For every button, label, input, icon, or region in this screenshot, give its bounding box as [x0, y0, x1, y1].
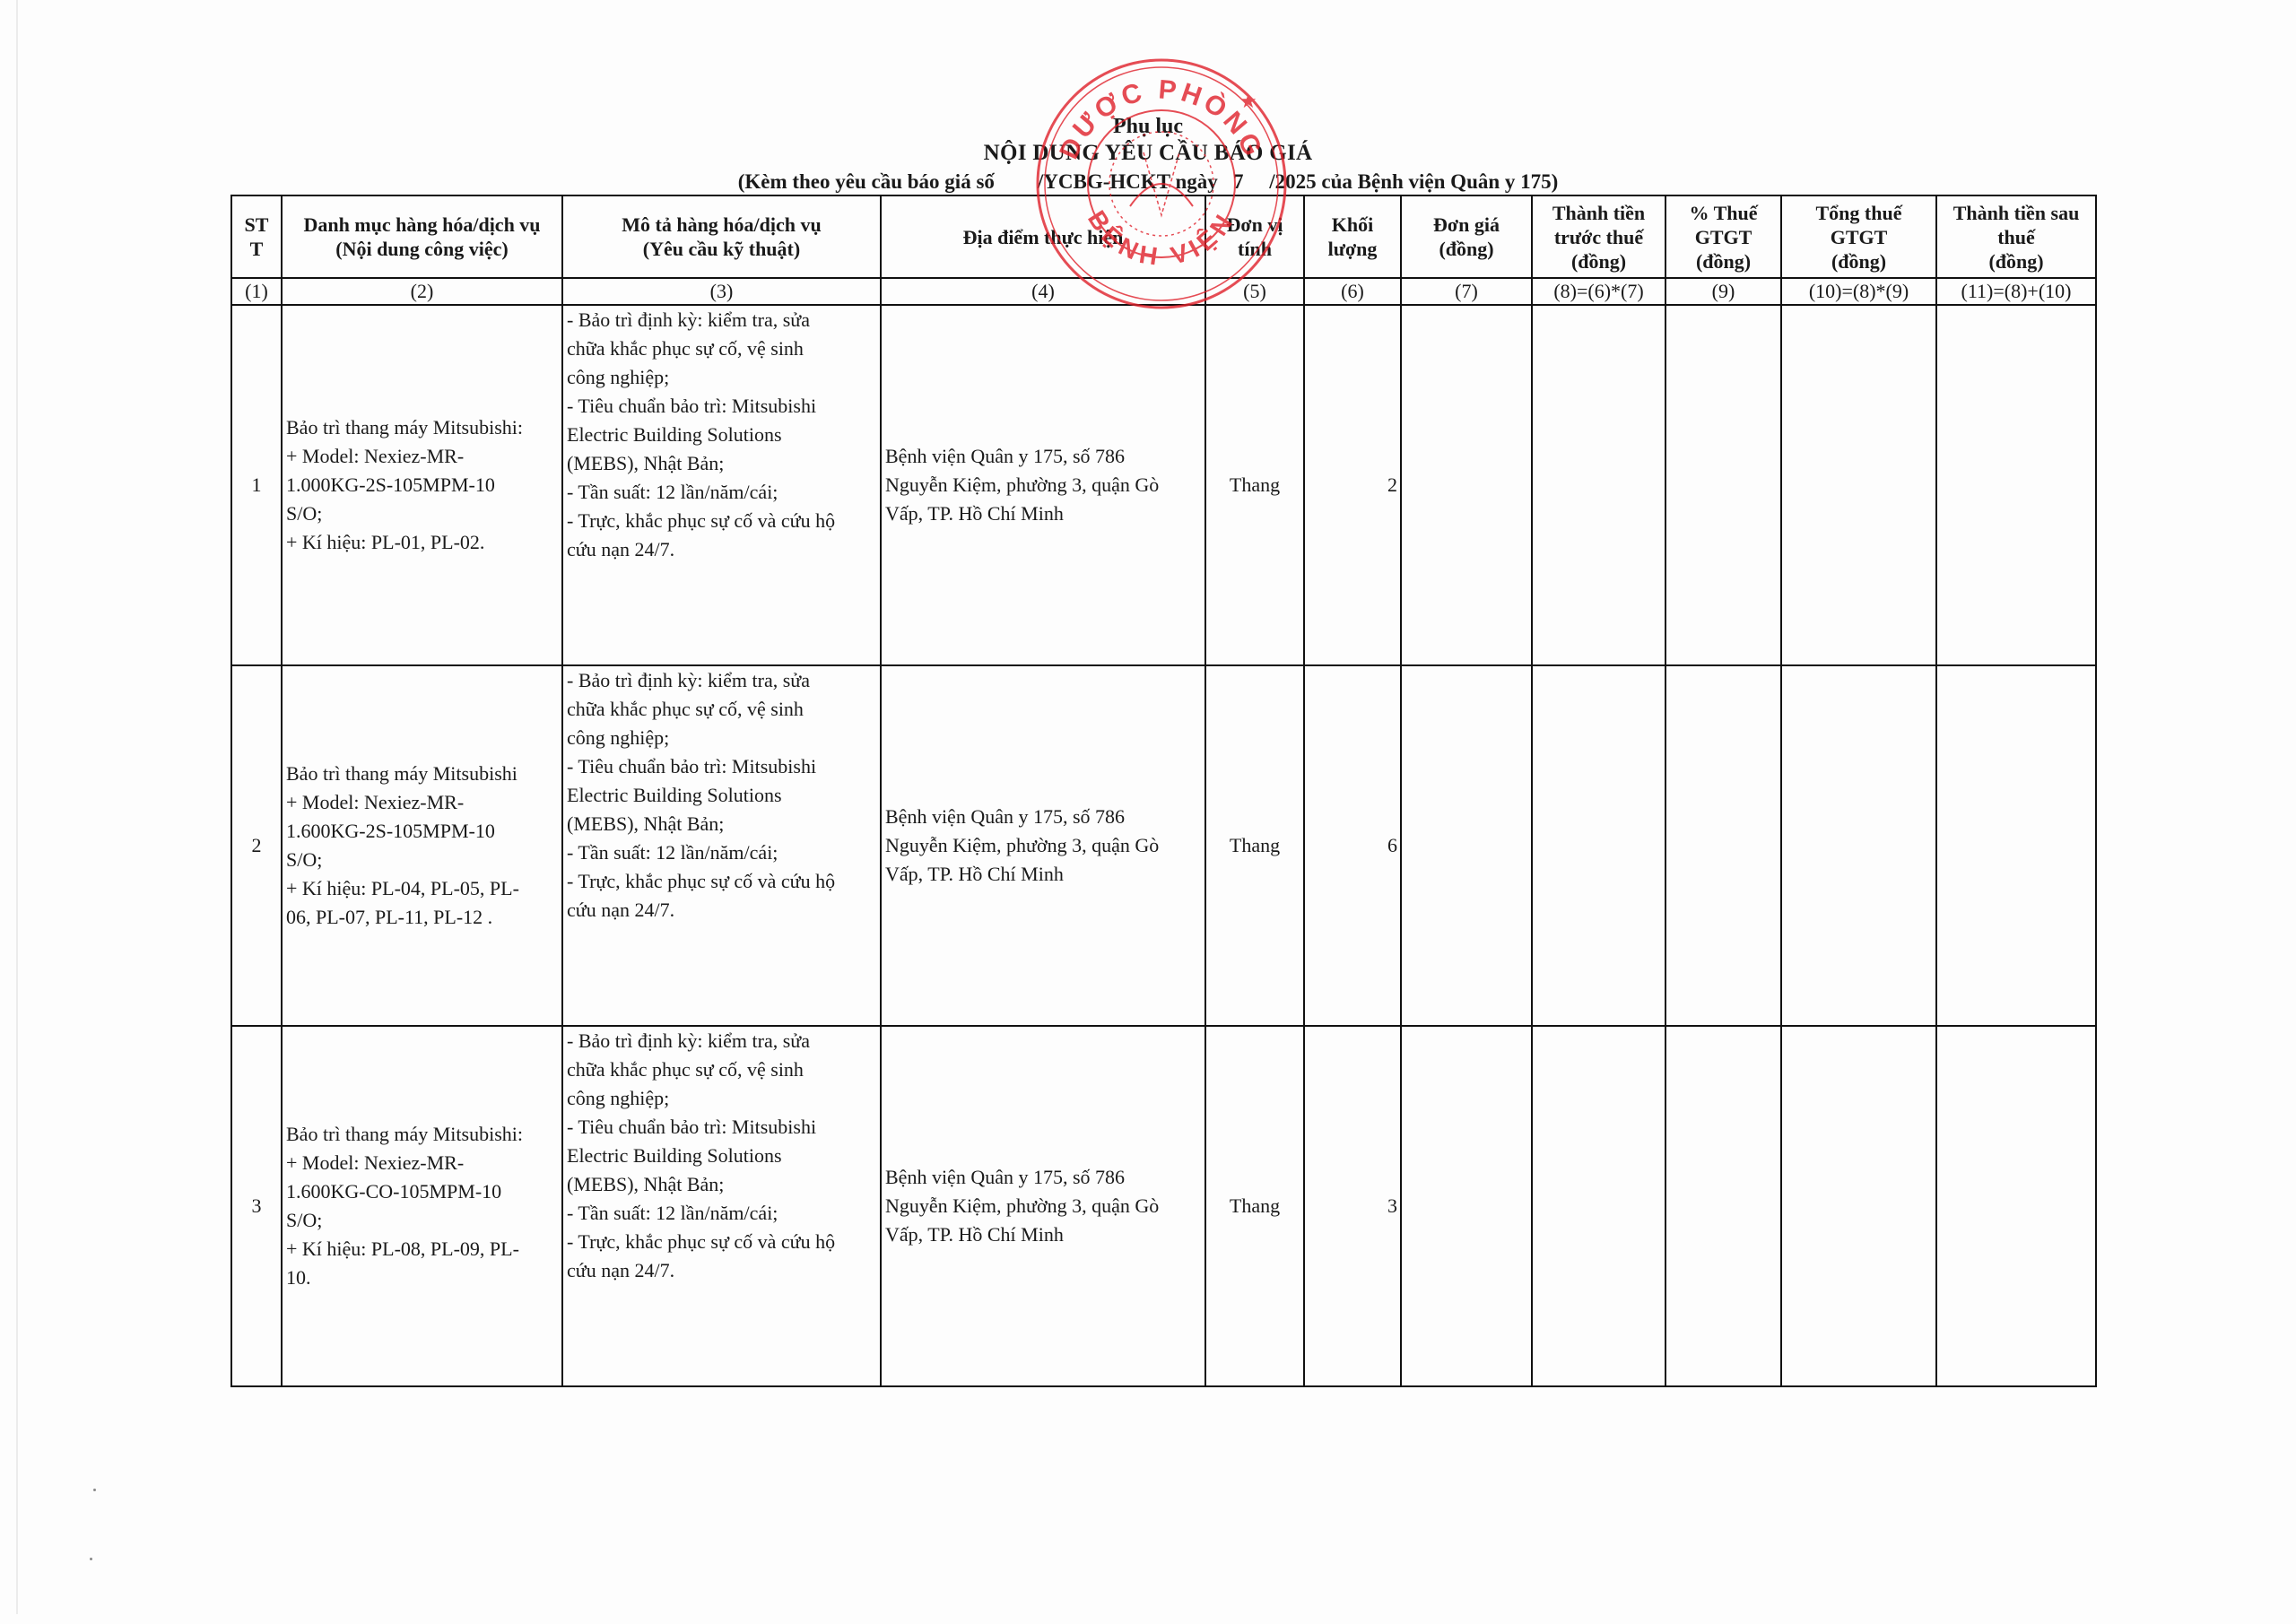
subtitle-ref: /YCBG-HCKT ngày: [1038, 170, 1218, 193]
item-amount-before-tax: [1532, 305, 1665, 665]
item-location: Bệnh viện Quân y 175, số 786 Nguyễn Kiệm…: [881, 665, 1205, 1026]
header-unit: Đơn vị tính: [1205, 195, 1304, 278]
row-stt: 3: [231, 1026, 282, 1386]
item-unit: Thang: [1205, 665, 1304, 1026]
row-stt: 2: [231, 665, 282, 1026]
scan-speck: [93, 1489, 96, 1491]
subtitle-day: 7: [1233, 170, 1244, 193]
column-number: (6): [1304, 278, 1401, 305]
header-vat-percent: % Thuế GTGT (đồng): [1665, 195, 1781, 278]
header-vat-total: Tổng thuế GTGT (đồng): [1781, 195, 1936, 278]
item-unit-price: [1401, 1026, 1532, 1386]
subtitle-prefix: (Kèm theo yêu cầu báo giá số: [738, 170, 995, 193]
table-header-row: ST TDanh mục hàng hóa/dịch vụ (Nội dung …: [231, 195, 2096, 278]
scan-speck: [90, 1558, 92, 1560]
item-vat-total: [1781, 1026, 1936, 1386]
column-number: (7): [1401, 278, 1532, 305]
item-quantity: 3: [1304, 1026, 1401, 1386]
item-location: Bệnh viện Quân y 175, số 786 Nguyễn Kiệm…: [881, 1026, 1205, 1386]
item-unit: Thang: [1205, 305, 1304, 665]
item-vat-percent: [1665, 305, 1781, 665]
item-quantity: 2: [1304, 305, 1401, 665]
item-unit-price: [1401, 665, 1532, 1026]
column-number: (11)=(8)+(10): [1936, 278, 2096, 305]
header-unit-price: Đơn giá (đồng): [1401, 195, 1532, 278]
item-unit: Thang: [1205, 1026, 1304, 1386]
table-row: 3Bảo trì thang máy Mitsubishi: + Model: …: [231, 1026, 2096, 1386]
subtitle-suffix: /2025 của Bệnh viện Quân y 175): [1269, 170, 1558, 193]
item-name: Bảo trì thang máy Mitsubishi + Model: Ne…: [282, 665, 562, 1026]
table-row: 1Bảo trì thang máy Mitsubishi: + Model: …: [231, 305, 2096, 665]
item-name: Bảo trì thang máy Mitsubishi: + Model: N…: [282, 1026, 562, 1386]
header-location: Địa điểm thực hiện: [881, 195, 1205, 278]
header-stt: ST T: [231, 195, 282, 278]
item-unit-price: [1401, 305, 1532, 665]
svg-text:★: ★: [1239, 91, 1257, 113]
column-number: (10)=(8)*(9): [1781, 278, 1936, 305]
document-title: NỘI DUNG YÊU CẦU BÁO GIÁ: [0, 141, 2296, 166]
column-number: (2): [282, 278, 562, 305]
table-body: 1Bảo trì thang máy Mitsubishi: + Model: …: [231, 305, 2096, 1386]
item-description: - Bảo trì định kỳ: kiểm tra, sửa chữa kh…: [562, 1026, 881, 1386]
item-amount-after-tax: [1936, 305, 2096, 665]
item-amount-after-tax: [1936, 665, 2096, 1026]
scan-edge: [16, 0, 18, 1614]
item-name: Bảo trì thang máy Mitsubishi: + Model: N…: [282, 305, 562, 665]
column-number: (8)=(6)*(7): [1532, 278, 1665, 305]
column-number: (9): [1665, 278, 1781, 305]
item-vat-percent: [1665, 1026, 1781, 1386]
item-amount-after-tax: [1936, 1026, 2096, 1386]
column-number: (3): [562, 278, 881, 305]
column-number: (4): [881, 278, 1205, 305]
item-vat-total: [1781, 665, 1936, 1026]
row-stt: 1: [231, 305, 282, 665]
item-location: Bệnh viện Quân y 175, số 786 Nguyễn Kiệm…: [881, 305, 1205, 665]
column-number: (1): [231, 278, 282, 305]
quotation-table: ST TDanh mục hàng hóa/dịch vụ (Nội dung …: [230, 195, 2097, 1387]
table-row: 2Bảo trì thang máy Mitsubishi + Model: N…: [231, 665, 2096, 1026]
item-quantity: 6: [1304, 665, 1401, 1026]
appendix-label: Phụ lục: [0, 115, 2296, 139]
header-amount-before-tax: Thành tiền trước thuế (đồng): [1532, 195, 1665, 278]
item-amount-before-tax: [1532, 1026, 1665, 1386]
header-description: Mô tả hàng hóa/dịch vụ (Yêu cầu kỹ thuật…: [562, 195, 881, 278]
column-number: (5): [1205, 278, 1304, 305]
item-description: - Bảo trì định kỳ: kiểm tra, sửa chữa kh…: [562, 305, 881, 665]
item-vat-total: [1781, 305, 1936, 665]
header-quantity: Khối lượng: [1304, 195, 1401, 278]
item-amount-before-tax: [1532, 665, 1665, 1026]
item-vat-percent: [1665, 665, 1781, 1026]
header-item-name: Danh mục hàng hóa/dịch vụ (Nội dung công…: [282, 195, 562, 278]
header-amount-after-tax: Thành tiền sau thuế (đồng): [1936, 195, 2096, 278]
document-subtitle: (Kèm theo yêu cầu báo giá số/YCBG-HCKT n…: [0, 170, 2296, 194]
item-description: - Bảo trì định kỳ: kiểm tra, sửa chữa kh…: [562, 665, 881, 1026]
column-number-row: (1)(2)(3)(4)(5)(6)(7)(8)=(6)*(7)(9)(10)=…: [231, 278, 2096, 305]
